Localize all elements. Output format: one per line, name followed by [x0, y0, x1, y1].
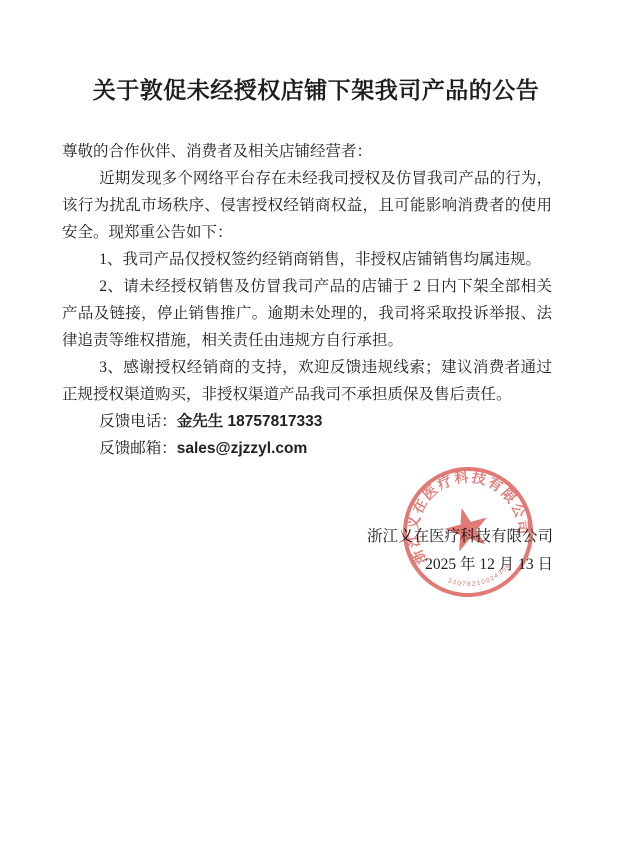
- contact-phone-value: 金先生 18757817333: [177, 413, 323, 430]
- signature-block: 浙江义在医疗科技有限公司 2025 年 12 月 13 日: [367, 523, 553, 579]
- contact-email-line: 反馈邮箱：sales@zjzzyl.com: [62, 435, 552, 462]
- signature-company: 浙江义在医疗科技有限公司: [367, 523, 553, 551]
- paragraph-item-3: 3、感谢授权经销商的支持，欢迎反馈违规线索；建议消费者通过正规授权渠道购买，非授…: [62, 354, 552, 408]
- document-body: 尊敬的合作伙伴、消费者及相关店铺经营者： 近期发现多个网络平台存在未经我司授权及…: [62, 138, 552, 462]
- contact-phone-line: 反馈电话：金先生 18757817333: [62, 408, 552, 435]
- paragraph-item-1: 1、我司产品仅授权签约经销商销售，非授权店铺销售均属违规。: [62, 246, 552, 273]
- page-title: 关于敦促未经授权店铺下架我司产品的公告: [0, 77, 632, 105]
- contact-phone-label: 反馈电话：: [99, 413, 177, 430]
- paragraph-item-2: 2、请未经授权销售及仿冒我司产品的店铺于 2 日内下架全部相关产品及链接，停止销…: [62, 273, 552, 354]
- salutation: 尊敬的合作伙伴、消费者及相关店铺经营者：: [62, 138, 552, 165]
- contact-email-label: 反馈邮箱：: [99, 440, 177, 457]
- contact-email-value: sales@zjzzyl.com: [177, 440, 308, 457]
- signature-date: 2025 年 12 月 13 日: [367, 551, 553, 579]
- document-page: 关于敦促未经授权店铺下架我司产品的公告 尊敬的合作伙伴、消费者及相关店铺经营者：…: [0, 0, 632, 845]
- paragraph-intro: 近期发现多个网络平台存在未经我司授权及仿冒我司产品的行为，该行为扰乱市场秩序、侵…: [62, 165, 552, 246]
